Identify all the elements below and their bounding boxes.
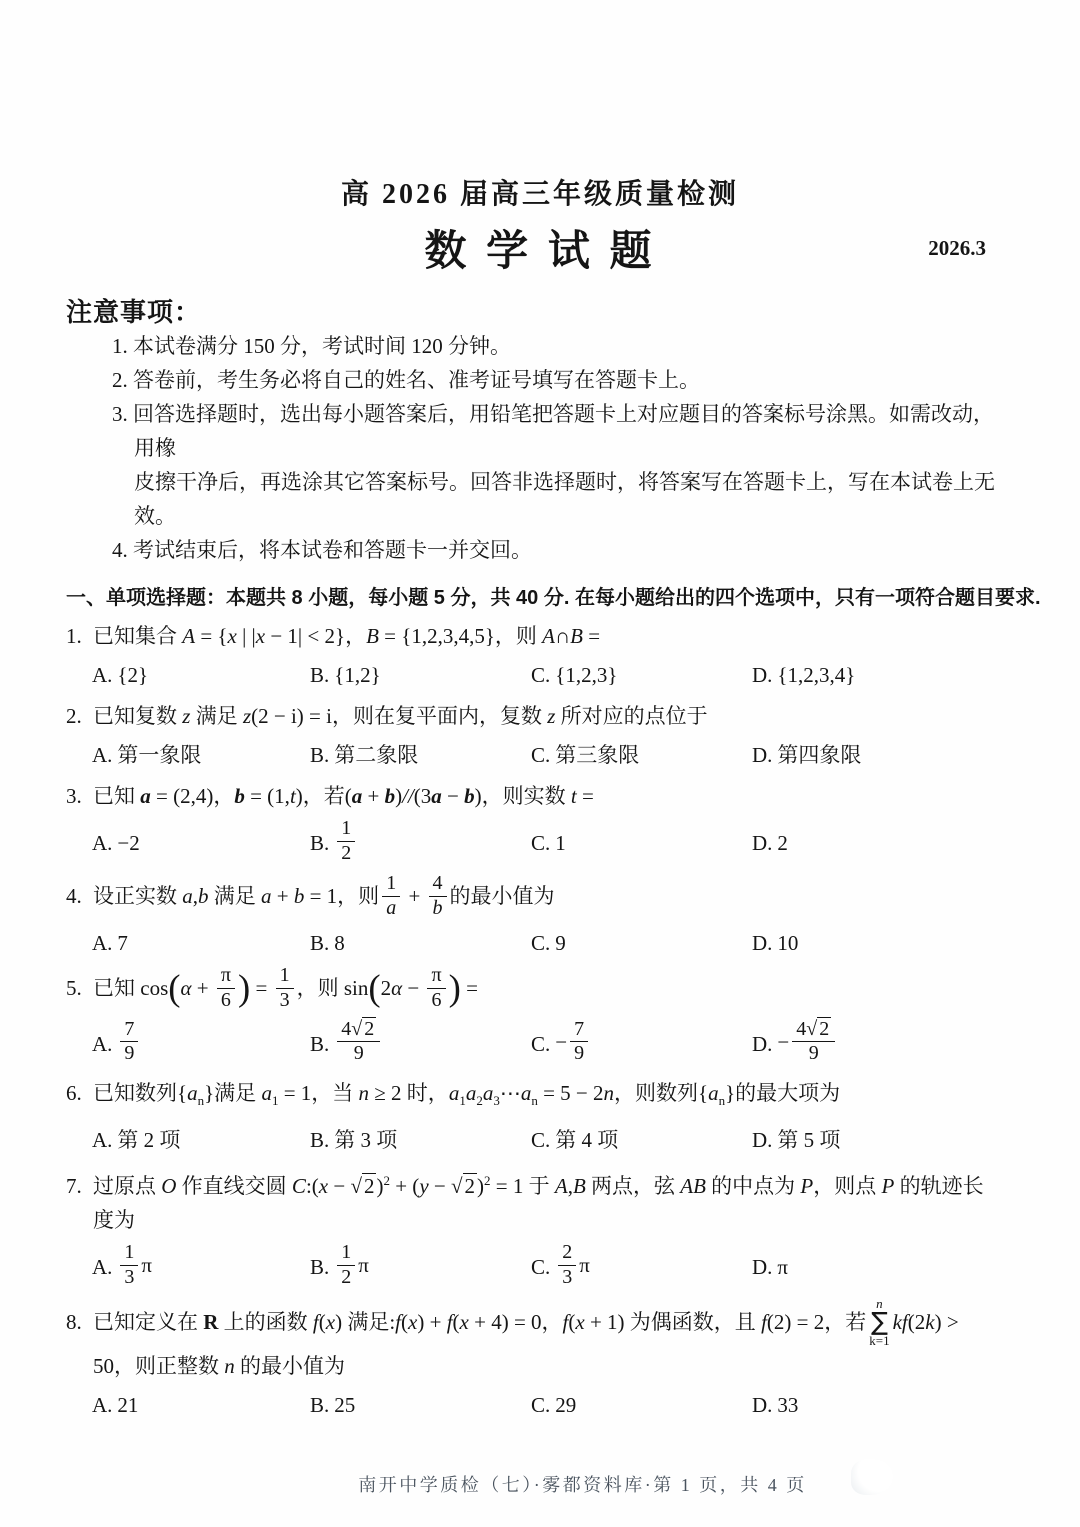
question-block: 3.已知 a = (2,4)，b = (1,t)，若(a + b)//(3a −… bbox=[66, 779, 1014, 866]
notice-item: 2. 答卷前，考生务必将自己的姓名、准考证号填写在答题卡上。 bbox=[66, 363, 1014, 397]
option-value: {1,2,3} bbox=[555, 660, 617, 690]
option-label: B. bbox=[310, 1252, 329, 1282]
option-value: 23π bbox=[555, 1244, 590, 1290]
answer-option: A.−2 bbox=[92, 820, 310, 866]
option-value: 12π bbox=[334, 1244, 369, 1290]
question-options: A.第 2 项 B.第 3 项 C.第 4 项 D.第 5 项 bbox=[66, 1125, 1014, 1155]
option-value: 第一象限 bbox=[117, 740, 201, 770]
answer-option: B.第 3 项 bbox=[310, 1125, 531, 1155]
option-value: −2 bbox=[117, 828, 139, 858]
question-number: 6. bbox=[66, 1076, 93, 1110]
answer-option: D.第 5 项 bbox=[752, 1125, 1014, 1155]
answer-option: A.21 bbox=[92, 1390, 310, 1420]
answer-option: D.2 bbox=[752, 820, 1014, 866]
option-label: B. bbox=[310, 1125, 329, 1155]
question-options: A.21 B.25 C.29 D.33 bbox=[66, 1390, 1014, 1420]
option-label: C. bbox=[531, 1390, 550, 1420]
answer-option: B.12 bbox=[310, 820, 531, 866]
option-value: 第二象限 bbox=[334, 740, 418, 770]
option-value: 7 bbox=[117, 928, 128, 958]
option-label: C. bbox=[531, 1125, 550, 1155]
question-number: 4. bbox=[66, 879, 93, 913]
question-options: A.79 B.4√29 C.−79 D.−4√29 bbox=[66, 1021, 1014, 1067]
option-label: C. bbox=[531, 828, 550, 858]
option-value: 2 bbox=[777, 828, 788, 858]
answer-option: D.第四象限 bbox=[752, 740, 1014, 770]
option-label: C. bbox=[531, 928, 550, 958]
option-value: 第 5 项 bbox=[777, 1125, 840, 1155]
option-value: 13π bbox=[117, 1244, 152, 1290]
option-label: C. bbox=[531, 1029, 550, 1059]
question-stem: 7.过原点 O 作直线交圆 C:(x − √2)2 + (y − √2)2 = … bbox=[66, 1164, 1014, 1237]
option-value: 4√29 bbox=[334, 1021, 383, 1067]
option-label: D. bbox=[752, 1125, 772, 1155]
answer-option: C.1 bbox=[531, 820, 752, 866]
option-value: 第 3 项 bbox=[334, 1125, 397, 1155]
answer-option: D.π bbox=[752, 1244, 1014, 1290]
question-stem: 4.设正实数 a,b 满足 a + b = 1，则1a + 4b的最小值为 bbox=[66, 875, 1014, 921]
notice-item: 3. 回答选择题时，选出每小题答案后，用铅笔把答题卡上对应题目的答案标号涂黑。如… bbox=[66, 397, 1014, 533]
option-label: D. bbox=[752, 660, 772, 690]
option-label: D. bbox=[752, 1252, 772, 1282]
option-label: B. bbox=[310, 1390, 329, 1420]
question-text: 已知数列{an}满足 a1 = 1，当 n ≥ 2 时，a1a2a3⋯an = … bbox=[93, 1081, 840, 1105]
answer-option: A.79 bbox=[92, 1021, 310, 1067]
question-options: A.第一象限 B.第二象限 C.第三象限 D.第四象限 bbox=[66, 740, 1014, 770]
question-block: 7.过原点 O 作直线交圆 C:(x − √2)2 + (y − √2)2 = … bbox=[66, 1164, 1014, 1290]
notice-item: 4. 考试结束后，将本试卷和答题卡一并交回。 bbox=[66, 533, 1014, 567]
option-value: π bbox=[777, 1252, 788, 1282]
option-label: B. bbox=[310, 1029, 329, 1059]
option-value: {2} bbox=[117, 660, 148, 690]
option-label: A. bbox=[92, 928, 112, 958]
question-number: 3. bbox=[66, 779, 93, 813]
option-label: B. bbox=[310, 740, 329, 770]
option-value: {1,2,3,4} bbox=[777, 660, 855, 690]
answer-option: A.第一象限 bbox=[92, 740, 310, 770]
option-value: {1,2} bbox=[334, 660, 380, 690]
answer-option: B.8 bbox=[310, 928, 531, 958]
answer-option: A.{2} bbox=[92, 660, 310, 690]
answer-option: C.第 4 项 bbox=[531, 1125, 752, 1155]
question-stem: 3.已知 a = (2,4)，b = (1,t)，若(a + b)//(3a −… bbox=[66, 779, 1014, 813]
question-options: A.{2} B.{1,2} C.{1,2,3} D.{1,2,3,4} bbox=[66, 660, 1014, 690]
question-text: 过原点 O 作直线交圆 C:(x − √2)2 + (y − √2)2 = 1 … bbox=[93, 1174, 984, 1232]
answer-option: D.10 bbox=[752, 928, 1014, 958]
answer-option: A.7 bbox=[92, 928, 310, 958]
question-number: 2. bbox=[66, 699, 93, 733]
question-number: 5. bbox=[66, 971, 93, 1005]
subject-title-row: 数 学 试 题 2026.3 bbox=[66, 218, 1014, 272]
answer-option: B.25 bbox=[310, 1390, 531, 1420]
footer-text: 南开中学质检（七）·雾都资料库·第 1 页，共 4 页 bbox=[358, 1475, 807, 1495]
option-value: 第三象限 bbox=[555, 740, 639, 770]
page-footer: 南开中学质检（七）·雾都资料库·第 1 页，共 4 页 bbox=[0, 1471, 1080, 1497]
option-label: A. bbox=[92, 1029, 112, 1059]
exam-date: 2026.3 bbox=[928, 236, 986, 261]
notice-item: 1. 本试卷满分 150 分，考试时间 120 分钟。 bbox=[66, 329, 1014, 363]
option-value: 10 bbox=[777, 928, 798, 958]
question-options: A.7 B.8 C.9 D.10 bbox=[66, 928, 1014, 958]
option-label: A. bbox=[92, 660, 112, 690]
option-value: 第 4 项 bbox=[555, 1125, 618, 1155]
option-label: D. bbox=[752, 740, 772, 770]
option-value: 第 2 项 bbox=[117, 1125, 180, 1155]
answer-option: B.12π bbox=[310, 1244, 531, 1290]
question-stem: 2.已知复数 z 满足 z(2 − i) = i，则在复平面内，复数 z 所对应… bbox=[66, 699, 1014, 733]
question-block: 5.已知 cos(α + π6) = 13，则 sin(2α − π6) = A… bbox=[66, 967, 1014, 1066]
option-value: −79 bbox=[555, 1021, 591, 1067]
option-label: D. bbox=[752, 828, 772, 858]
option-value: 12 bbox=[334, 820, 358, 866]
answer-option: C.{1,2,3} bbox=[531, 660, 752, 690]
option-label: B. bbox=[310, 928, 329, 958]
question-text: 已知定义在 R 上的函数 f(x) 满足:f(x) + f(x + 4) = 0… bbox=[93, 1310, 959, 1378]
question-text: 已知复数 z 满足 z(2 − i) = i，则在复平面内，复数 z 所对应的点… bbox=[93, 704, 708, 728]
option-value: 8 bbox=[334, 928, 345, 958]
question-number: 8. bbox=[66, 1305, 93, 1339]
question-stem: 5.已知 cos(α + π6) = 13，则 sin(2α − π6) = bbox=[66, 967, 1014, 1013]
option-label: A. bbox=[92, 740, 112, 770]
answer-option: C.−79 bbox=[531, 1021, 752, 1067]
questions-list: 1.已知集合 A = {x | |x − 1| < 2}，B = {1,2,3,… bbox=[66, 619, 1014, 1420]
answer-option: A.13π bbox=[92, 1244, 310, 1290]
option-value: −4√29 bbox=[777, 1021, 838, 1067]
answer-option: C.第三象限 bbox=[531, 740, 752, 770]
option-label: D. bbox=[752, 928, 772, 958]
option-label: A. bbox=[92, 1390, 112, 1420]
question-text: 已知 a = (2,4)，b = (1,t)，若(a + b)//(3a − b… bbox=[93, 784, 594, 808]
exam-title: 高 2026 届高三年级质量检测 bbox=[66, 172, 1014, 212]
question-options: A.13π B.12π C.23π D.π bbox=[66, 1244, 1014, 1290]
option-label: B. bbox=[310, 660, 329, 690]
notice-list: 1. 本试卷满分 150 分，考试时间 120 分钟。 2. 答卷前，考生务必将… bbox=[66, 329, 1014, 567]
question-block: 6.已知数列{an}满足 a1 = 1，当 n ≥ 2 时，a1a2a3⋯an … bbox=[66, 1076, 1014, 1155]
answer-option: D.33 bbox=[752, 1390, 1014, 1420]
question-number: 7. bbox=[66, 1169, 93, 1203]
option-value: 33 bbox=[777, 1390, 798, 1420]
question-block: 1.已知集合 A = {x | |x − 1| < 2}，B = {1,2,3,… bbox=[66, 619, 1014, 690]
question-text: 设正实数 a,b 满足 a + b = 1，则1a + 4b的最小值为 bbox=[93, 884, 555, 908]
option-value: 25 bbox=[334, 1390, 355, 1420]
notice-heading: 注意事项： bbox=[66, 292, 1014, 329]
answer-option: C.29 bbox=[531, 1390, 752, 1420]
answer-option: B.第二象限 bbox=[310, 740, 531, 770]
answer-option: B.4√29 bbox=[310, 1021, 531, 1067]
option-label: C. bbox=[531, 660, 550, 690]
answer-option: D.−4√29 bbox=[752, 1021, 1014, 1067]
question-text: 已知集合 A = {x | |x − 1| < 2}，B = {1,2,3,4,… bbox=[93, 624, 600, 648]
option-value: 29 bbox=[555, 1390, 576, 1420]
question-block: 2.已知复数 z 满足 z(2 − i) = i，则在复平面内，复数 z 所对应… bbox=[66, 699, 1014, 770]
answer-option: C.23π bbox=[531, 1244, 752, 1290]
option-label: A. bbox=[92, 828, 112, 858]
option-label: A. bbox=[92, 1252, 112, 1282]
question-stem: 8.已知定义在 R 上的函数 f(x) 满足:f(x) + f(x + 4) =… bbox=[66, 1299, 1014, 1383]
option-label: A. bbox=[92, 1125, 112, 1155]
page-content: 高 2026 届高三年级质量检测 数 学 试 题 2026.3 注意事项： 1.… bbox=[0, 0, 1080, 1420]
question-text: 已知 cos(α + π6) = 13，则 sin(2α − π6) = bbox=[93, 976, 478, 1000]
exam-paper-page: 高 2026 届高三年级质量检测 数 学 试 题 2026.3 注意事项： 1.… bbox=[0, 0, 1080, 1527]
option-label: C. bbox=[531, 740, 550, 770]
subject-title: 数 学 试 题 bbox=[66, 218, 1014, 278]
answer-option: C.9 bbox=[531, 928, 752, 958]
question-stem: 1.已知集合 A = {x | |x − 1| < 2}，B = {1,2,3,… bbox=[66, 619, 1014, 653]
option-label: B. bbox=[310, 828, 329, 858]
answer-option: B.{1,2} bbox=[310, 660, 531, 690]
question-number: 1. bbox=[66, 619, 93, 653]
option-value: 21 bbox=[117, 1390, 138, 1420]
answer-option: D.{1,2,3,4} bbox=[752, 660, 1014, 690]
question-block: 4.设正实数 a,b 满足 a + b = 1，则1a + 4b的最小值为 A.… bbox=[66, 875, 1014, 958]
section-heading: 一、单项选择题：本题共 8 小题，每小题 5 分，共 40 分. 在每小题给出的… bbox=[66, 581, 1014, 610]
question-options: A.−2 B.12 C.1 D.2 bbox=[66, 820, 1014, 866]
answer-option: A.第 2 项 bbox=[92, 1125, 310, 1155]
question-block: 8.已知定义在 R 上的函数 f(x) 满足:f(x) + f(x + 4) =… bbox=[66, 1299, 1014, 1420]
option-label: D. bbox=[752, 1390, 772, 1420]
question-stem: 6.已知数列{an}满足 a1 = 1，当 n ≥ 2 时，a1a2a3⋯an … bbox=[66, 1076, 1014, 1118]
option-value: 第四象限 bbox=[777, 740, 861, 770]
option-label: D. bbox=[752, 1029, 772, 1059]
option-value: 9 bbox=[555, 928, 566, 958]
option-label: C. bbox=[531, 1252, 550, 1282]
option-value: 1 bbox=[555, 828, 566, 858]
option-value: 79 bbox=[117, 1021, 141, 1067]
